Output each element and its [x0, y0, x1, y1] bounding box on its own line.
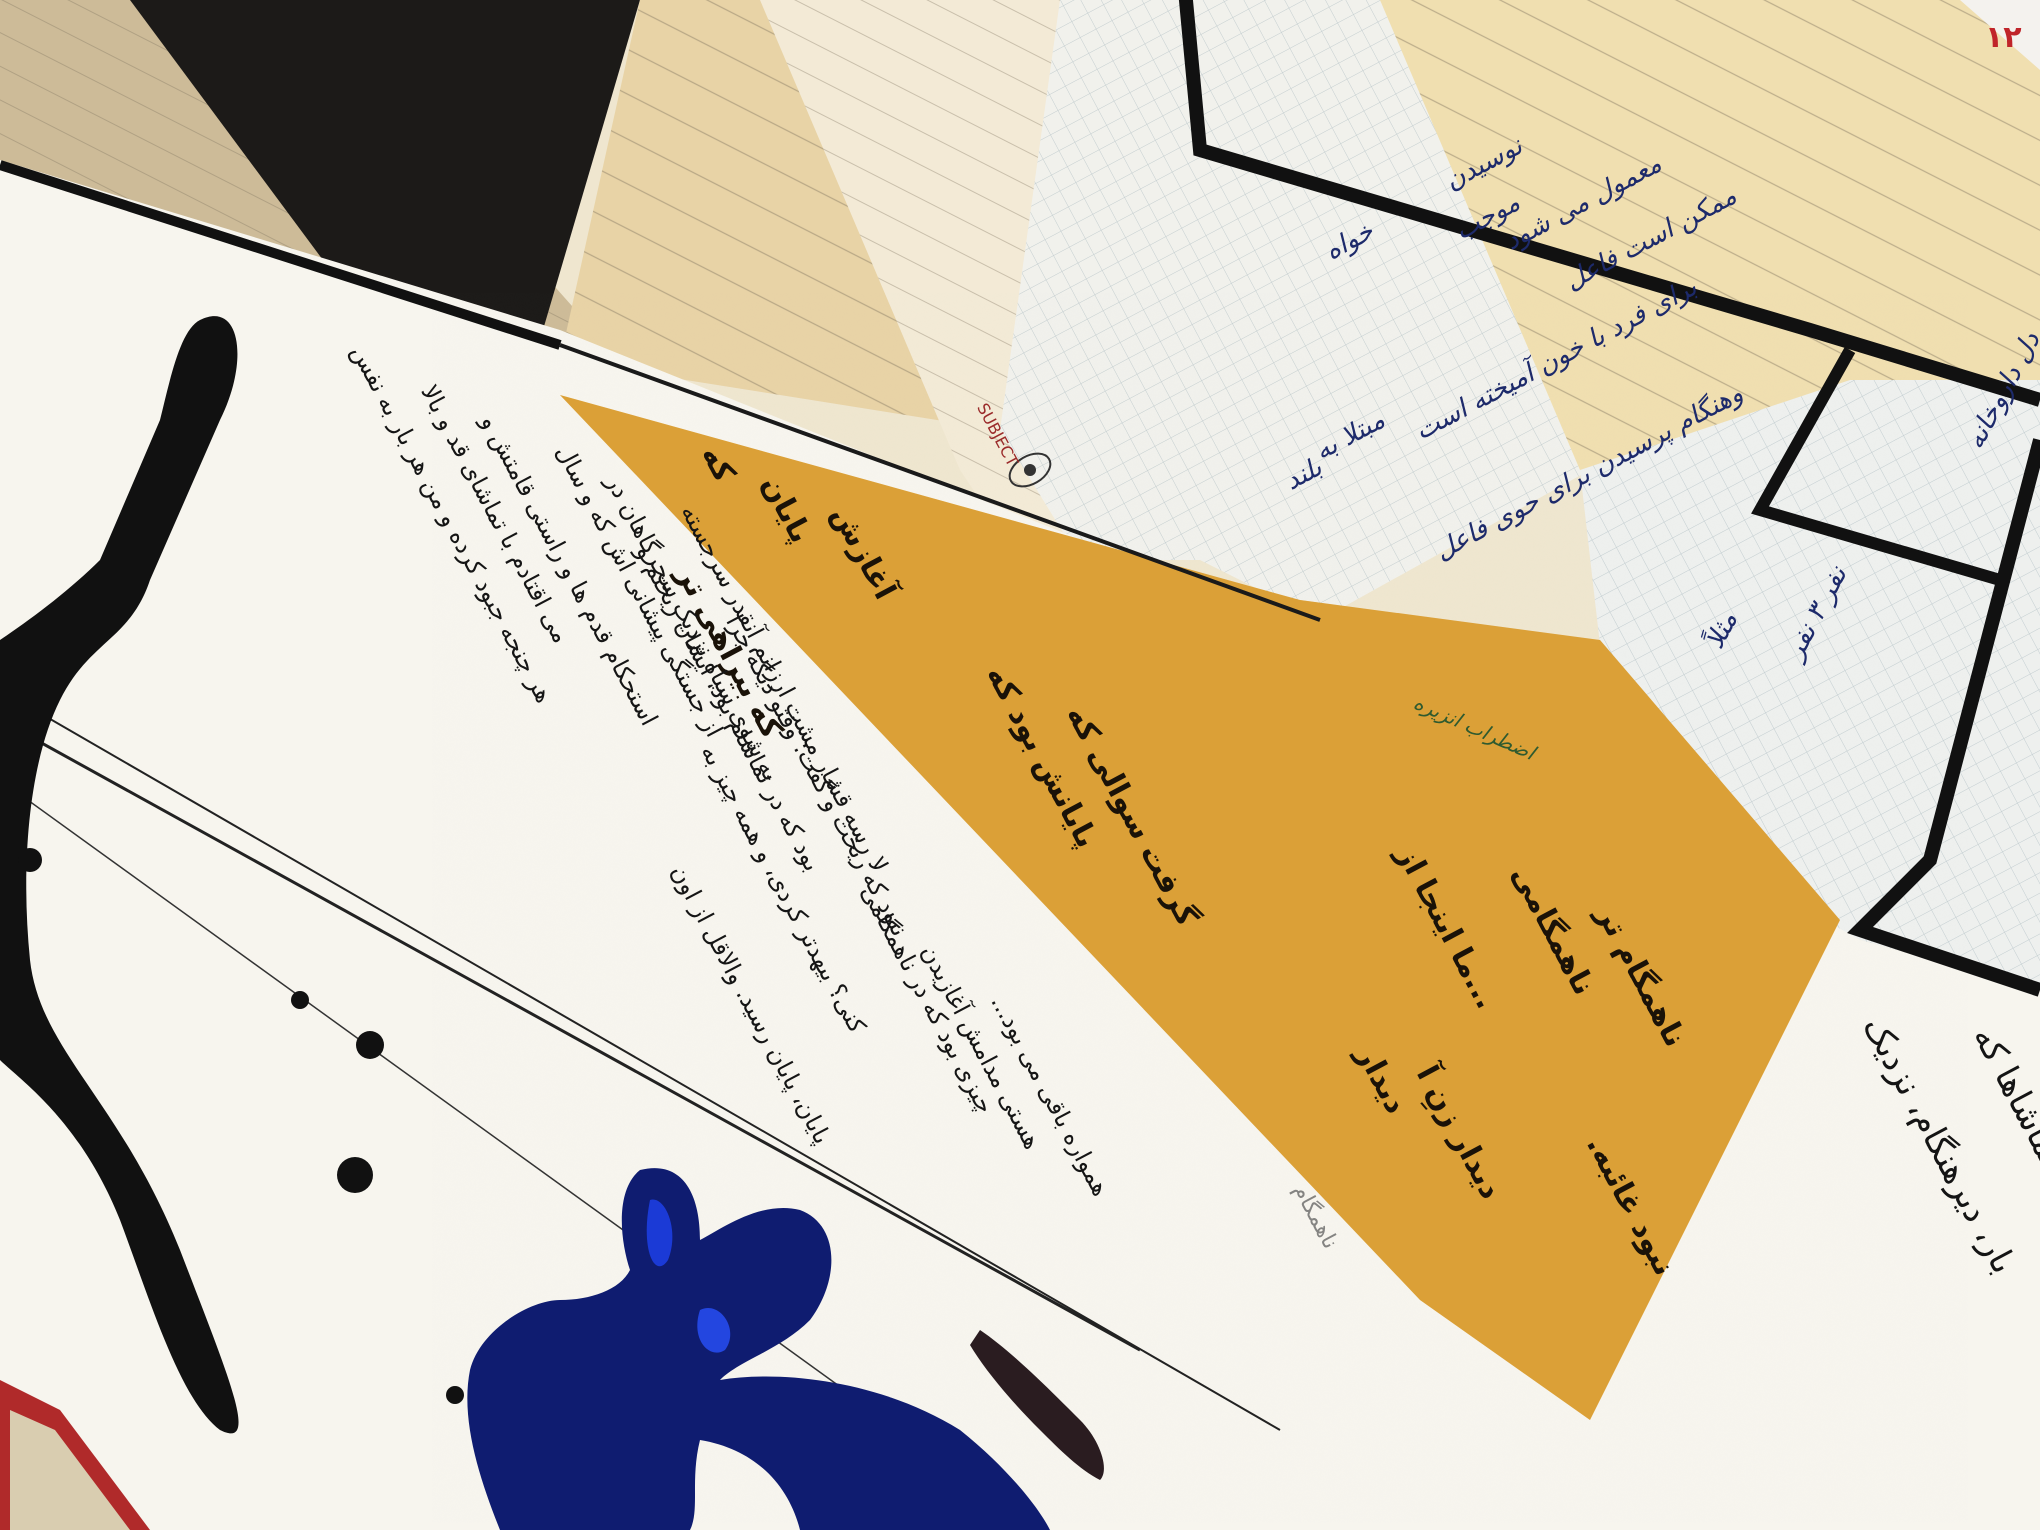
artwork-canvas: که پایان آغازش پایانش بود که گرفت سوالی … [0, 0, 2040, 1530]
calendar-number: ۱۲ [1985, 20, 2022, 55]
collage-shapes [0, 0, 2040, 1530]
